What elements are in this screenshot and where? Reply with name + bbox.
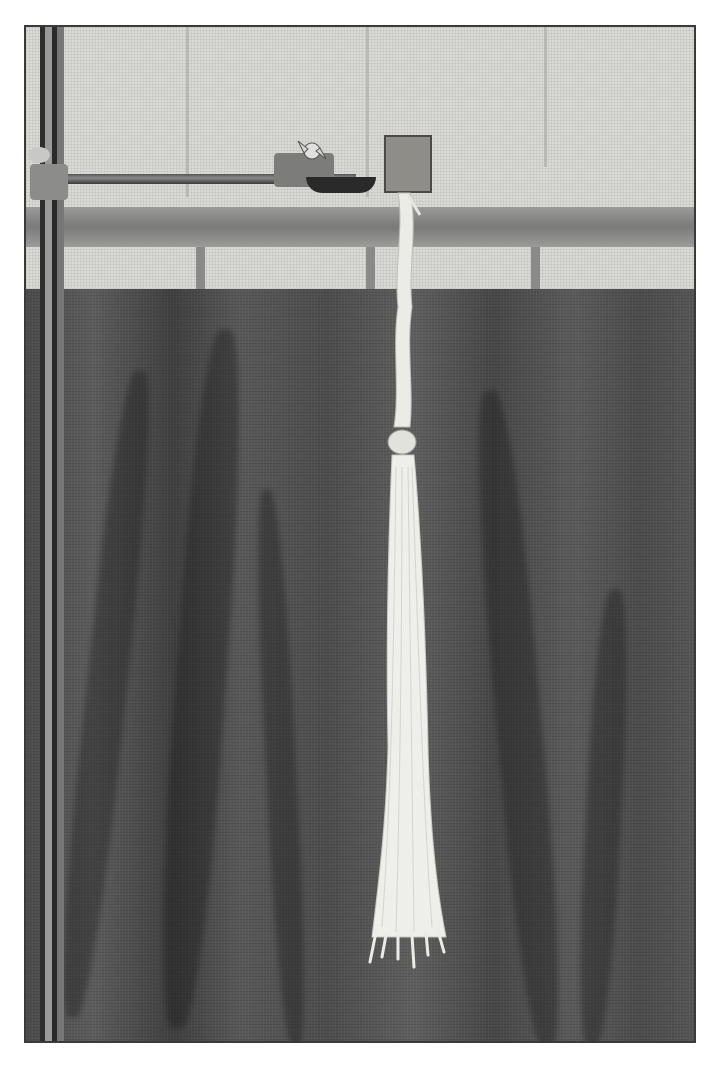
twisted-fiber-section — [394, 193, 413, 427]
photo-frame — [24, 25, 696, 1043]
knot — [388, 430, 416, 454]
fiber-bundle — [26, 27, 696, 1043]
